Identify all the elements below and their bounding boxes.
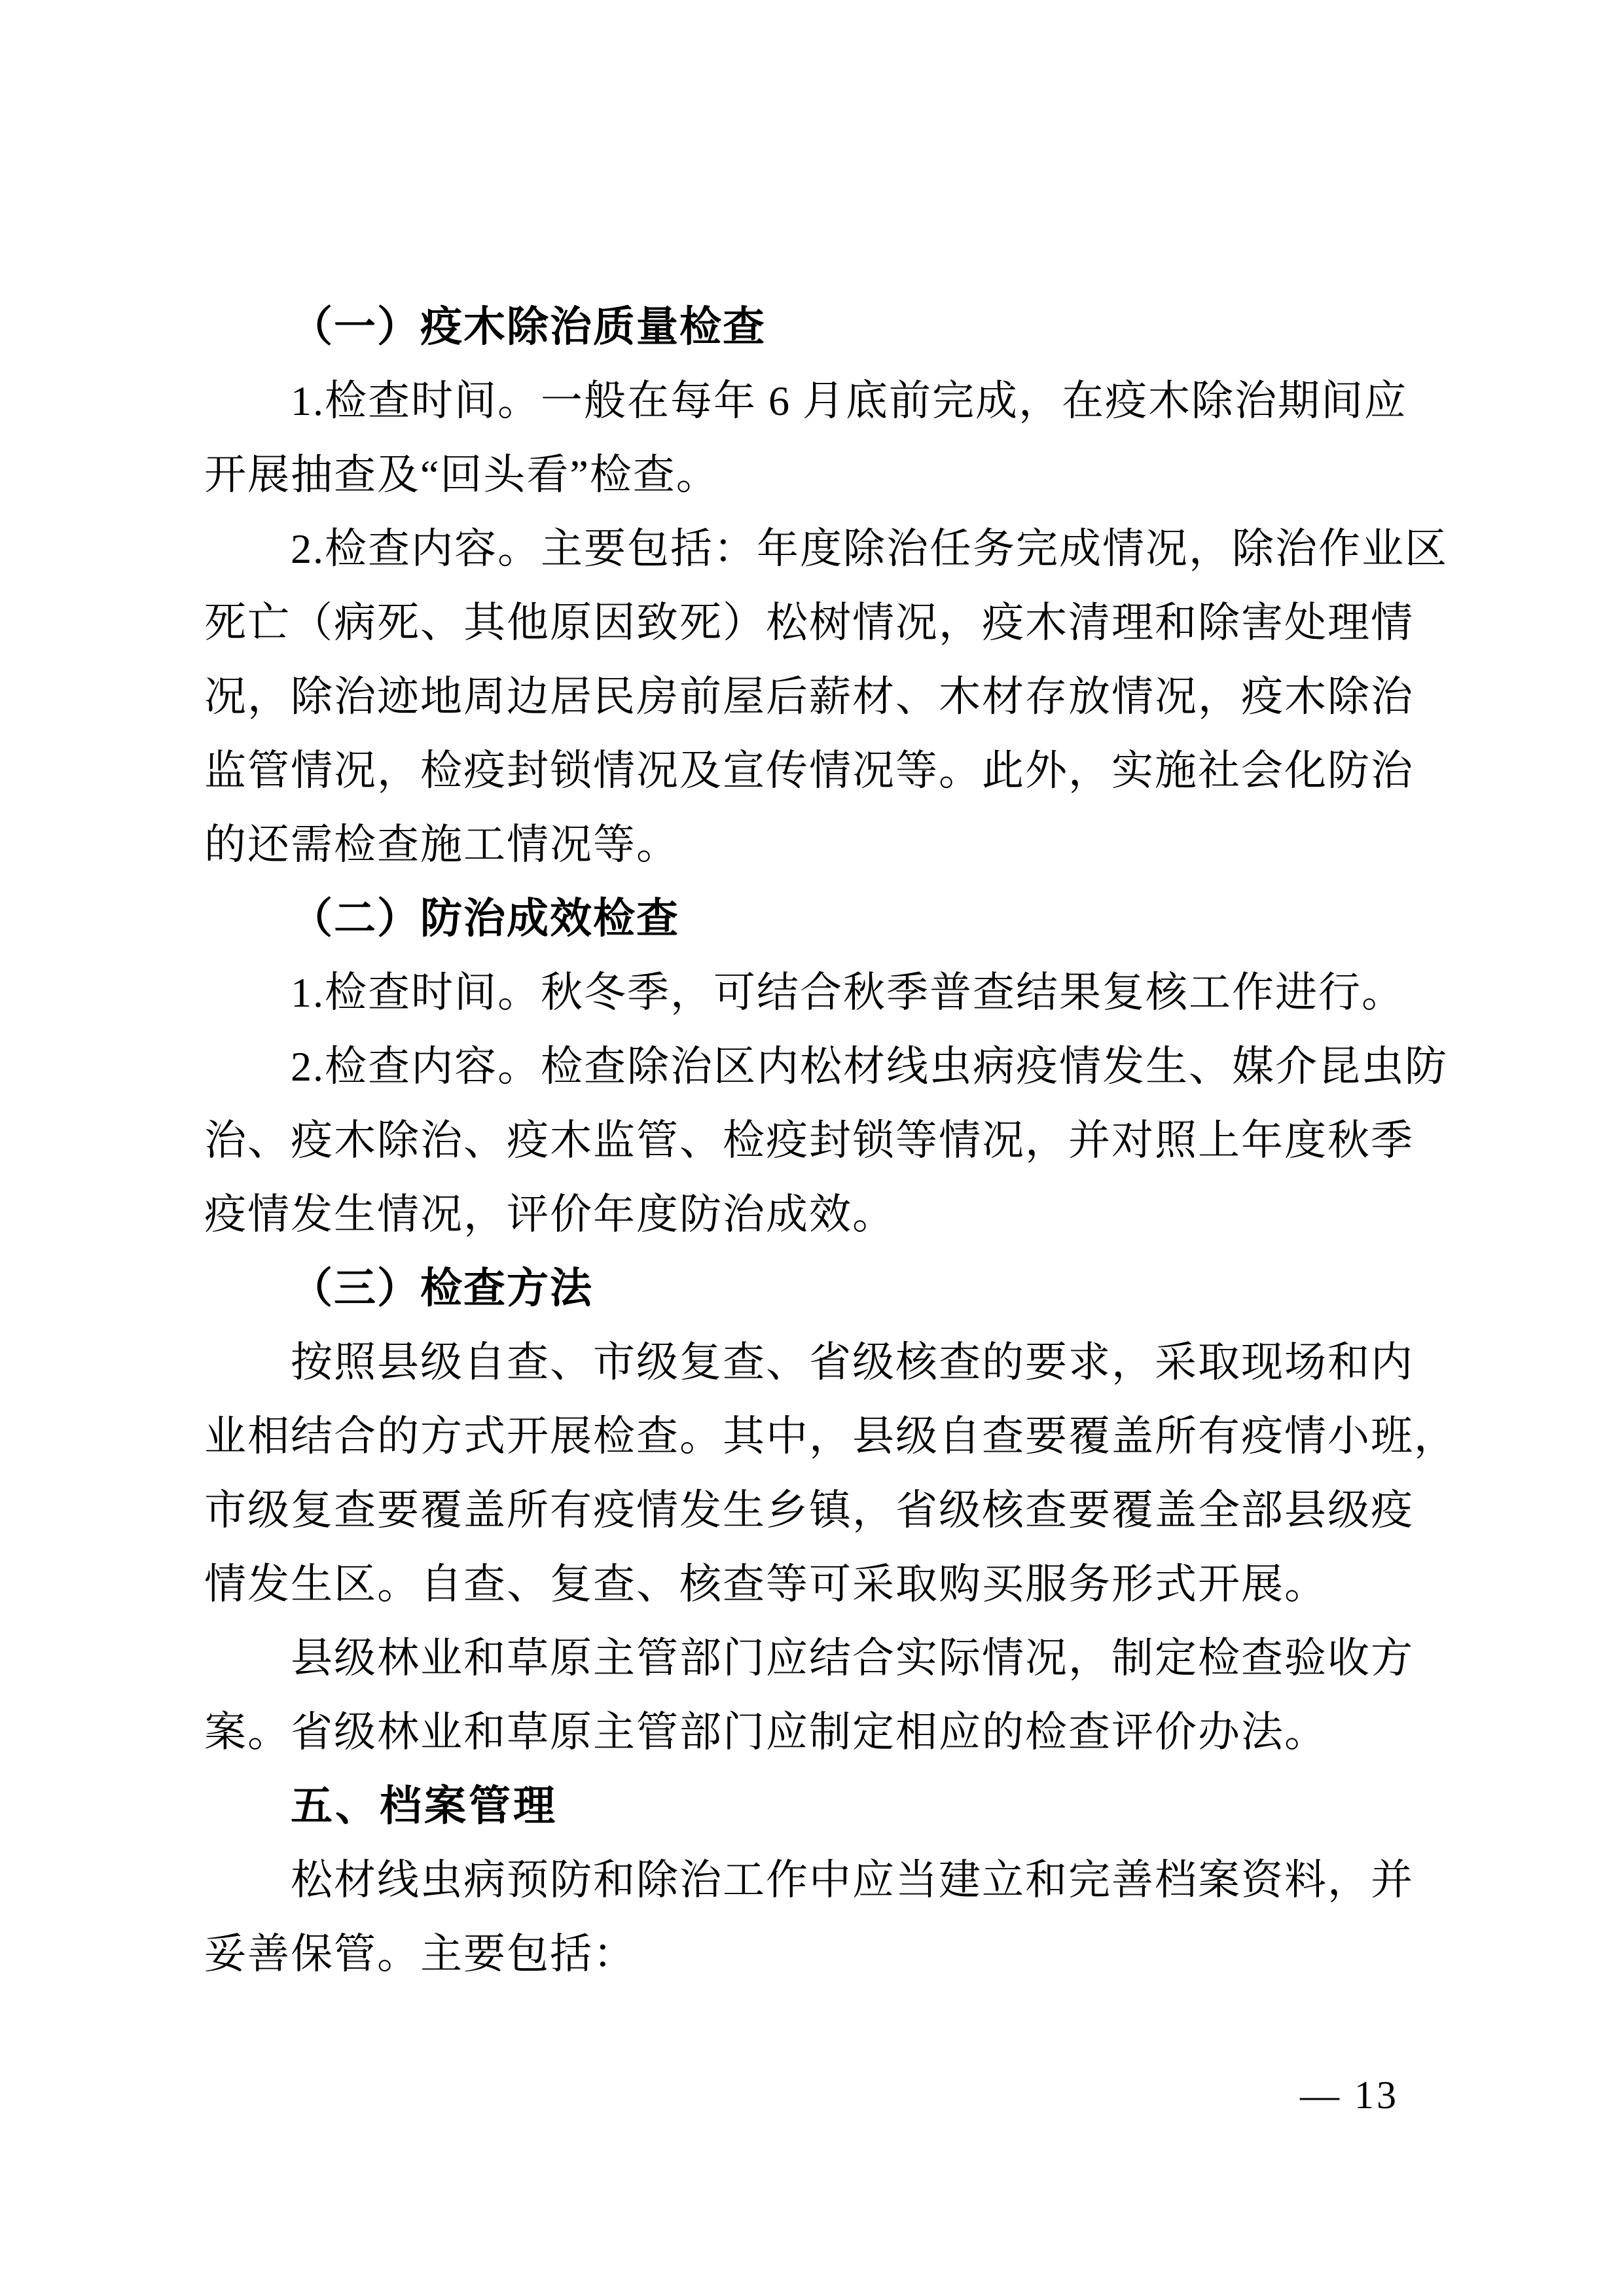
- heading-chapter-5: 五、档案管理: [204, 1769, 1430, 1843]
- doc-line: 2.检查内容。检查除治区内松材线虫病疫情发生、媒介昆虫防: [204, 1030, 1430, 1103]
- doc-line: 妥善保管。主要包括：: [204, 1917, 1430, 1991]
- heading-section-3: （三）检查方法: [204, 1251, 1430, 1325]
- doc-line: 死亡（病死、其他原因致死）松树情况，疫木清理和除害处理情: [204, 586, 1430, 660]
- doc-line: 疫情发生情况，评价年度防治成效。: [204, 1177, 1430, 1251]
- doc-line: 监管情况，检疫封锁情况及宣传情况等。此外，实施社会化防治: [204, 734, 1430, 808]
- doc-line: 按照县级自查、市级复查、省级核查的要求，采取现场和内: [204, 1325, 1430, 1399]
- doc-line: 况，除治迹地周边居民房前屋后薪材、木材存放情况，疫木除治: [204, 660, 1430, 734]
- doc-line: 2.检查内容。主要包括：年度除治任务完成情况，除治作业区: [204, 512, 1430, 586]
- doc-line: 的还需检查施工情况等。: [204, 808, 1430, 882]
- doc-line: 松材线虫病预防和除治工作中应当建立和完善档案资料，并: [204, 1843, 1430, 1917]
- document-body: （一）疫木除治质量检查 1.检查时间。一般在每年 6 月底前完成，在疫木除治期间…: [204, 290, 1430, 1991]
- doc-line: 业相结合的方式开展检查。其中，县级自查要覆盖所有疫情小班，: [204, 1399, 1430, 1473]
- heading-section-1: （一）疫木除治质量检查: [204, 290, 1430, 364]
- document-page: （一）疫木除治质量检查 1.检查时间。一般在每年 6 月底前完成，在疫木除治期间…: [0, 0, 1624, 2296]
- heading-section-2: （二）防治成效检查: [204, 882, 1430, 956]
- doc-line: 治、疫木除治、疫木监管、检疫封锁等情况，并对照上年度秋季: [204, 1103, 1430, 1177]
- doc-line: 案。省级林业和草原主管部门应制定相应的检查评价办法。: [204, 1695, 1430, 1769]
- doc-line: 市级复查要覆盖所有疫情发生乡镇，省级核查要覆盖全部县级疫: [204, 1473, 1430, 1547]
- doc-line: 县级林业和草原主管部门应结合实际情况，制定检查验收方: [204, 1621, 1430, 1695]
- doc-line: 1.检查时间。秋冬季，可结合秋季普查结果复核工作进行。: [204, 956, 1430, 1030]
- doc-line: 情发生区。自查、复查、核查等可采取购买服务形式开展。: [204, 1547, 1430, 1621]
- doc-line: 开展抽查及“回头看”检查。: [204, 438, 1430, 512]
- doc-line: 1.检查时间。一般在每年 6 月底前完成，在疫木除治期间应: [204, 364, 1430, 438]
- page-number: — 13: [1300, 2072, 1399, 2118]
